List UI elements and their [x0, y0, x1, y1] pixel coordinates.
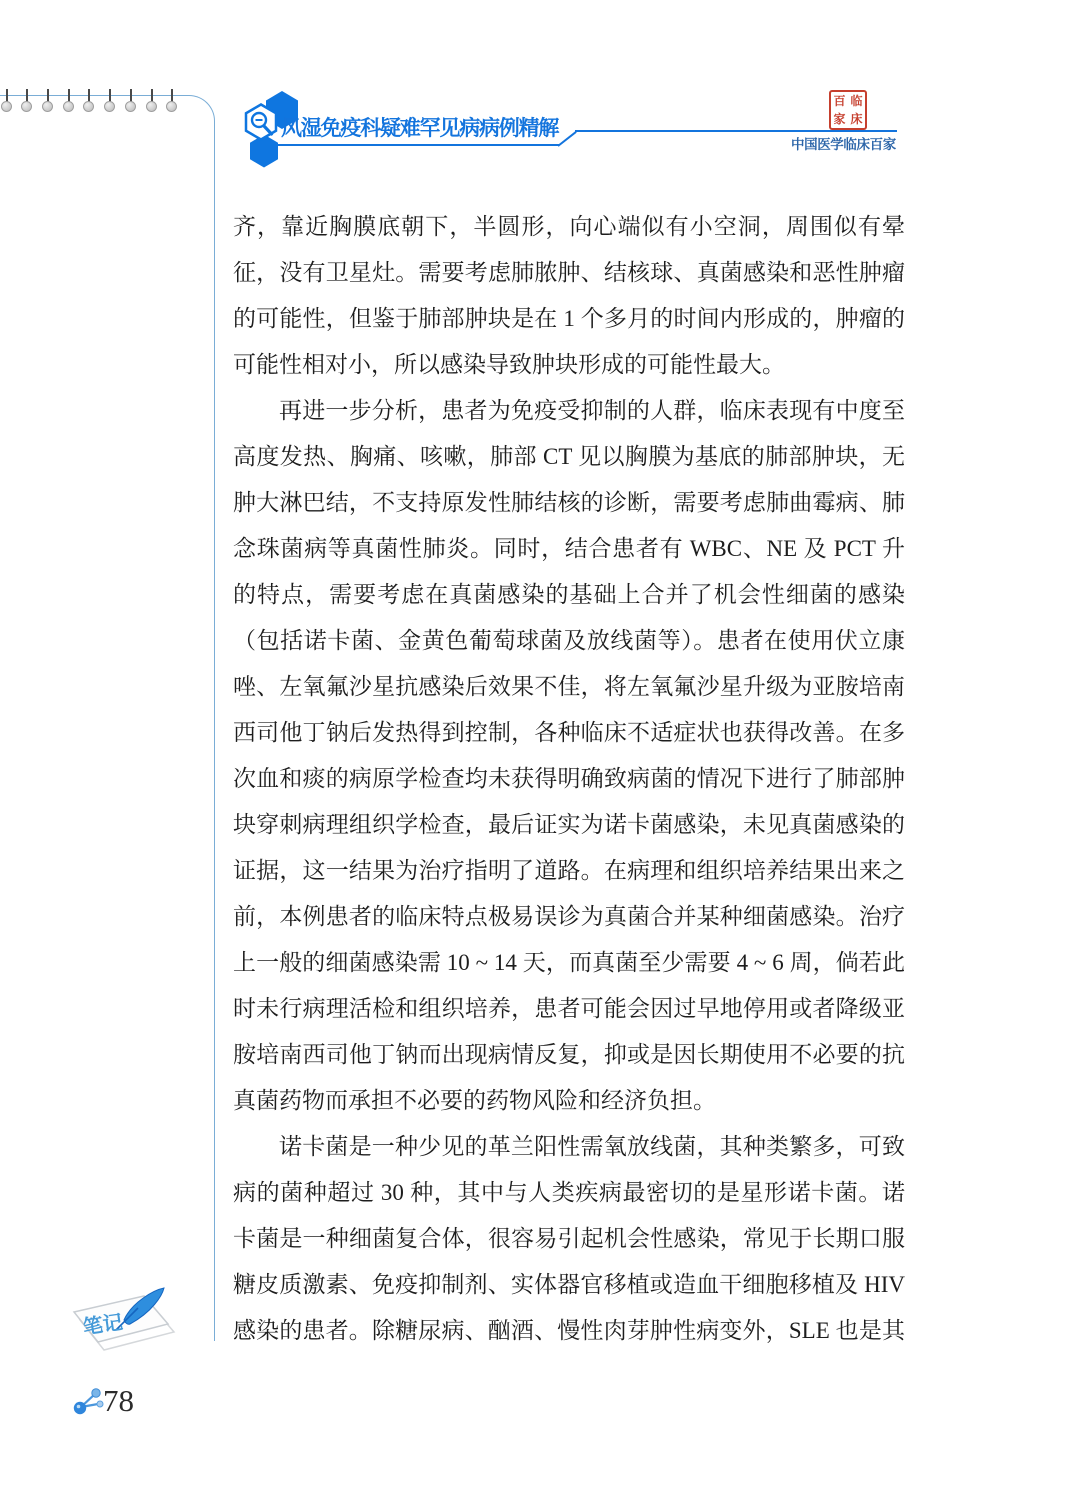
text-line: 可能性相对小，所以感染导致肿块形成的可能性最大。: [233, 342, 905, 388]
text-line: 齐，靠近胸膜底朝下，半圆形，向心端似有小空洞，周围似有晕: [233, 204, 905, 250]
push-pin-icon: [1, 89, 12, 112]
header-rule-line: [575, 130, 897, 132]
push-pin-icon: [21, 89, 32, 112]
text-line: 的可能性，但鉴于肺部肿块是在 1 个多月的时间内形成的，肿瘤的: [233, 296, 905, 342]
text-line: 西司他丁钠后发热得到控制，各种临床不适症状也获得改善。在多: [233, 710, 905, 756]
text-line: 的特点，需要考虑在真菌感染的基础上合并了机会性细菌的感染: [233, 572, 905, 618]
text-line: 肿大淋巴结，不支持原发性肺结核的诊断，需要考虑肺曲霉病、肺: [233, 480, 905, 526]
molecule-icon: [70, 1383, 106, 1417]
text-line: 念珠菌病等真菌性肺炎。同时，结合患者有 WBC、NE 及 PCT 升高: [233, 526, 905, 572]
text-line: 胺培南西司他丁钠而出现病情反复，抑或是因长期使用不必要的抗: [233, 1032, 905, 1078]
text-line: 再进一步分析，患者为免疫受抑制的人群，临床表现有中度至: [233, 388, 905, 434]
page-number: 78: [103, 1383, 134, 1419]
title-underline: [278, 144, 559, 146]
text-line: 次血和痰的病原学检查均未获得明确致病菌的情况下进行了肺部肿: [233, 756, 905, 802]
title-slash-line: [557, 131, 576, 147]
push-pin-icon: [42, 89, 53, 112]
publisher-brand-text: 中国医学临床百家: [791, 133, 899, 153]
text-line: 上一般的细菌感染需 10 ~ 14 天，而真菌至少需要 4 ~ 6 周，倘若此: [233, 940, 905, 986]
book-title: 风湿免疫科疑难罕见病病例精解: [281, 112, 558, 142]
quill-and-paper-icon: 笔记: [66, 1286, 178, 1352]
push-pin-icon: [146, 89, 157, 112]
text-line: 块穿刺病理组织学检查，最后证实为诺卡菌感染，未见真菌感染的: [233, 802, 905, 848]
push-pin-icon: [63, 89, 74, 112]
seal-char: 床: [848, 110, 865, 128]
publisher-seal-stamp: 百 临 家 床: [829, 90, 867, 130]
text-line: 诺卡菌是一种少见的革兰阳性需氧放线菌，其种类繁多，可致: [233, 1124, 905, 1170]
text-line: 感染的患者。除糖尿病、酗酒、慢性肉芽肿性病变外，SLE 也是其: [233, 1308, 905, 1354]
text-line: 病的菌种超过 30 种，其中与人类疾病最密切的是星形诺卡菌。诺: [233, 1170, 905, 1216]
text-line: 证据，这一结果为治疗指明了道路。在病理和组织培养结果出来之: [233, 848, 905, 894]
text-line: 前，本例患者的临床特点极易误诊为真菌合并某种细菌感染。治疗: [233, 894, 905, 940]
push-pin-icon: [83, 89, 94, 112]
book-page: 风湿免疫科疑难罕见病病例精解 百 临 家 床 中国医学临床百家 齐，靠近胸膜底朝…: [0, 0, 1080, 1504]
seal-char: 百: [831, 92, 848, 110]
body-text: 齐，靠近胸膜底朝下，半圆形，向心端似有小空洞，周围似有晕 征，没有卫星灶。需要考…: [233, 204, 905, 1354]
text-line: 糖皮质激素、免疫抑制剂、实体器官移植或造血干细胞移植及 HIV: [233, 1262, 905, 1308]
text-line: 真菌药物而承担不必要的药物风险和经济负担。: [233, 1078, 905, 1124]
text-line: （包括诺卡菌、金黄色葡萄球菌及放线菌等）。患者在使用伏立康: [233, 618, 905, 664]
text-line: 时未行病理活检和组织培养，患者可能会因过早地停用或者降级亚: [233, 986, 905, 1032]
push-pin-icon: [104, 89, 115, 112]
notebook-border: [0, 95, 215, 1341]
seal-char: 临: [848, 92, 865, 110]
text-line: 唑、左氧氟沙星抗感染后效果不佳，将左氧氟沙星升级为亚胺培南: [233, 664, 905, 710]
text-line: 卡菌是一种细菌复合体，很容易引起机会性感染，常见于长期口服: [233, 1216, 905, 1262]
push-pin-icon: [125, 89, 136, 112]
seal-char: 家: [831, 110, 848, 128]
push-pin-icon: [166, 89, 177, 112]
text-line: 征，没有卫星灶。需要考虑肺脓肿、结核球、真菌感染和恶性肿瘤: [233, 250, 905, 296]
text-line: 高度发热、胸痛、咳嗽，肺部 CT 见以胸膜为基底的肺部肿块，无: [233, 434, 905, 480]
